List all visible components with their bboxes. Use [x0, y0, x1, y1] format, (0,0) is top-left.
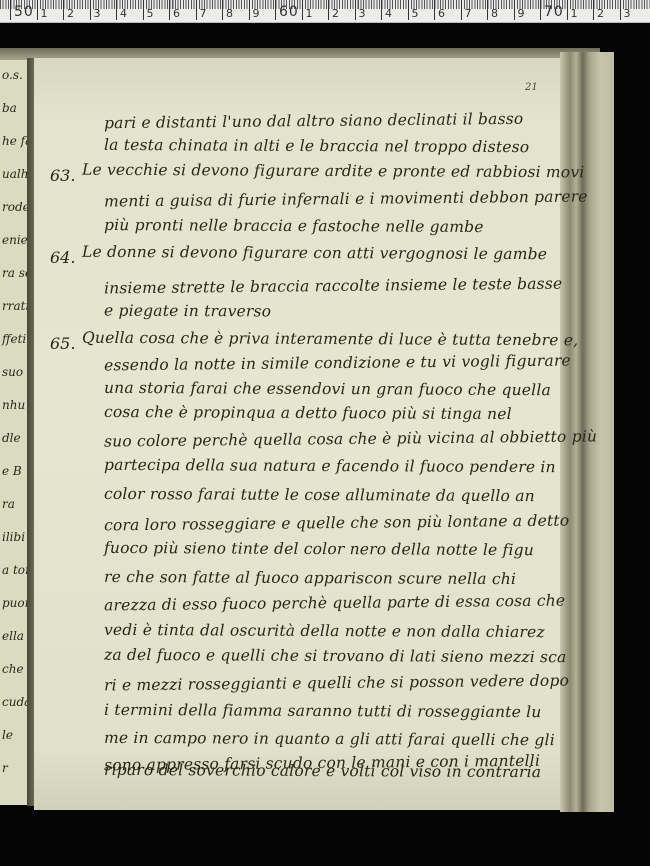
ruler-label: 2	[67, 7, 74, 21]
ruler-label: 9	[253, 7, 260, 21]
left-facing-page: o.s.bahe faualhrodeeniera serratiffetisu…	[0, 60, 27, 805]
left-page-text-fragment: e B	[2, 464, 22, 478]
ruler-major-tick	[222, 0, 223, 20]
left-page-text-fragment: rode	[2, 200, 30, 214]
manuscript-line: re che son fatte al fuoco appariscon scu…	[104, 568, 516, 588]
ruler-major-tick	[540, 0, 541, 20]
ruler-label: 7	[200, 7, 207, 21]
ruler-label: 1	[306, 7, 313, 21]
ruler-major-tick	[196, 0, 197, 20]
ruler-major-tick	[434, 0, 435, 20]
left-page-text-fragment: nhu	[2, 398, 25, 412]
manuscript-line: i termini della fiamma saranno tutti di …	[104, 701, 542, 721]
ruler-major-tick	[275, 0, 276, 20]
left-page-text-fragment: rrati	[2, 299, 29, 313]
left-page-text-fragment: ba	[2, 101, 17, 115]
manuscript-line: riparo del soverchio calore e volti col …	[104, 761, 541, 781]
ruler-label: 9	[518, 7, 525, 21]
ruler-label: 50	[14, 5, 34, 19]
ruler-label: 3	[624, 7, 631, 21]
left-page-text-fragment: r	[2, 761, 8, 775]
ruler-label: 8	[226, 7, 233, 21]
ruler-label: 7	[465, 7, 472, 21]
ruler-major-tick	[169, 0, 170, 20]
ruler-label: 2	[332, 7, 339, 21]
paragraph-number: 63.	[50, 166, 75, 185]
ruler-major-tick	[116, 0, 117, 20]
ruler-label: 3	[94, 7, 101, 21]
folio-number: 21	[525, 82, 538, 93]
ruler-label: 60	[279, 5, 299, 19]
left-page-text-fragment: suo	[2, 365, 23, 379]
ruler-major-tick	[593, 0, 594, 20]
ruler-major-tick	[63, 0, 64, 20]
left-page-text-fragment: ilibi	[2, 530, 25, 544]
ruler-label: 70	[544, 5, 564, 19]
left-page-text-fragment: enie	[2, 233, 28, 247]
left-page-text-fragment: ffeti	[2, 332, 26, 346]
measuring-ruler: 501234567896012345678970123	[0, 0, 650, 23]
ruler-label: 3	[359, 7, 366, 21]
ruler-major-tick	[620, 0, 621, 20]
manuscript-line: più pronti nelle braccia e fastoche nell…	[104, 216, 484, 236]
ruler-major-tick	[90, 0, 91, 20]
left-page-text-fragment: ella	[2, 629, 24, 643]
ruler-major-tick	[461, 0, 462, 20]
ruler-label: 5	[412, 7, 419, 21]
ruler-major-tick	[381, 0, 382, 20]
left-page-text-fragment: ra	[2, 497, 15, 511]
manuscript-line: fuoco più sieno tinte del color nero del…	[104, 539, 534, 559]
manuscript-line: partecipa della sua natura e facendo il …	[104, 456, 556, 476]
manuscript-line: vedi è tinta dal oscurità della notte e …	[104, 621, 545, 641]
ruler-label: 5	[147, 7, 154, 21]
manuscript-line: cosa che è propinqua a detto fuoco più s…	[104, 403, 512, 423]
ruler-major-tick	[249, 0, 250, 20]
ruler-label: 6	[173, 7, 180, 21]
manuscript-line: za del fuoco e quelli che si trovano di …	[104, 646, 567, 666]
paragraph-number: 65.	[50, 334, 75, 353]
left-page-text-fragment: le	[2, 728, 13, 742]
ruler-major-tick	[355, 0, 356, 20]
left-page-text-fragment: ualh	[2, 167, 28, 181]
ruler-major-tick	[37, 0, 38, 20]
ruler-major-tick	[514, 0, 515, 20]
ruler-major-tick	[328, 0, 329, 20]
ruler-major-tick	[408, 0, 409, 20]
ruler-label: 4	[385, 7, 392, 21]
book-gutter	[27, 58, 34, 806]
ruler-major-tick	[567, 0, 568, 20]
paragraph-number: 64.	[50, 248, 75, 267]
manuscript-line: e piegate in traverso	[104, 302, 271, 321]
ruler-label: 1	[41, 7, 48, 21]
ruler-label: 6	[438, 7, 445, 21]
ruler-label: 8	[491, 7, 498, 21]
ruler-major-tick	[487, 0, 488, 20]
manuscript-line: la testa chinata in alti e le braccia ne…	[104, 136, 529, 156]
ruler-label: 2	[597, 7, 604, 21]
ruler-major-tick	[143, 0, 144, 20]
left-page-text-fragment: che	[2, 662, 24, 676]
manuscript-line: Quella cosa che è priva interamente di l…	[82, 329, 578, 350]
manuscript-line: me in campo nero in quanto a gli atti fa…	[104, 729, 555, 749]
ruler-label: 4	[120, 7, 127, 21]
manuscript-line: una storia farai che essendovi un gran f…	[104, 379, 551, 399]
manuscript-line: Le vecchie si devono figurare ardite e p…	[82, 161, 585, 182]
ruler-major-tick	[302, 0, 303, 20]
manuscript-line: Le donne si devono figurare con atti ver…	[82, 243, 547, 263]
left-page-text-fragment: dle	[2, 431, 21, 445]
ruler-major-tick	[10, 0, 11, 20]
left-page-text-fragment: o.s.	[2, 68, 23, 82]
ruler-label: 1	[571, 7, 578, 21]
manuscript-line: color rosso farai tutte le cose allumina…	[104, 485, 535, 505]
